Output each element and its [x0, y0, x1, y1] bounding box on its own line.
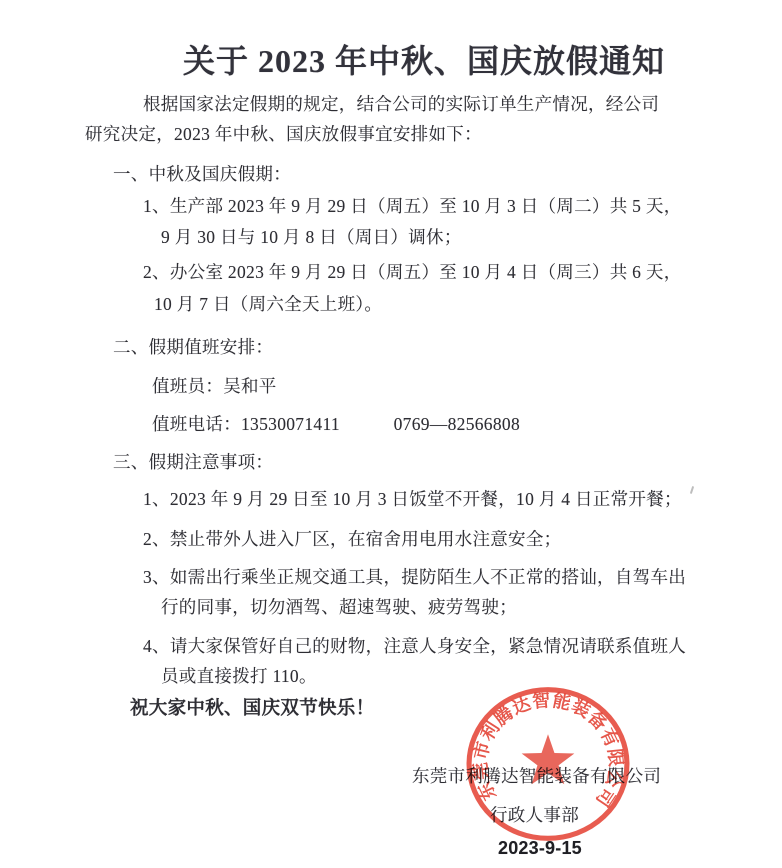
- duty-officer-line: 值班员：吴和平: [152, 376, 277, 397]
- scan-artifact-mark: [690, 486, 694, 494]
- duty-phone-primary: 值班电话：13530071411: [152, 414, 340, 434]
- section-3-item-3-line-2: 行的同事，切勿酒驾、超速驾驶、疲劳驾驶；: [161, 597, 517, 618]
- duty-phone-line: 值班电话：13530071411 0769—82566808: [152, 414, 520, 435]
- intro-line-1: 根据国家法定假期的规定，结合公司的实际订单生产情况，经公司: [143, 94, 659, 115]
- section-1-item-2-line-1: 2、办公室 2023 年 9 月 29 日（周五）至 10 月 4 日（周三）共…: [143, 262, 682, 283]
- section-3-item-4-line-1: 4、请大家保管好自己的财物，注意人身安全，紧急情况请联系值班人: [143, 636, 686, 657]
- section-3-item-1: 1、2023 年 9 月 29 日至 10 月 3 日饭堂不开餐，10 月 4 …: [143, 489, 682, 510]
- section-1-item-1-line-1: 1、生产部 2023 年 9 月 29 日（周五）至 10 月 3 日（周二）共…: [143, 196, 682, 217]
- section-3-item-4-line-2: 员或直接拨打 110。: [161, 666, 317, 687]
- section-1-heading: 一、中秋及国庆假期：: [113, 164, 291, 185]
- section-1-item-1-line-2: 9 月 30 日与 10 月 8 日（周日）调休；: [161, 227, 462, 248]
- notice-document-page: 关于 2023 年中秋、国庆放假通知 根据国家法定假期的规定，结合公司的实际订单…: [0, 0, 782, 868]
- closing-line: 祝大家中秋、国庆双节快乐！: [130, 699, 374, 720]
- section-2-heading: 二、假期值班安排：: [113, 337, 273, 358]
- section-3-heading: 三、假期注意事项：: [113, 452, 273, 473]
- company-stamp-svg: 东莞市利腾达智能装备有限公司: [466, 686, 630, 842]
- company-stamp: 东莞市利腾达智能装备有限公司: [466, 686, 630, 842]
- duty-phone-secondary: 0769—82566808: [394, 414, 520, 434]
- section-3-item-2: 2、禁止带外人进入厂区，在宿舍用电用水注意安全；: [143, 529, 561, 550]
- section-3-item-3-line-1: 3、如需出行乘坐正规交通工具，提防陌生人不正常的搭讪，自驾车出: [143, 567, 686, 588]
- section-1-item-2-line-2: 10 月 7 日（周六全天上班）。: [154, 294, 382, 315]
- intro-line-2: 研究决定，2023 年中秋、国庆放假事宜安排如下：: [85, 124, 482, 145]
- page-title: 关于 2023 年中秋、国庆放假通知: [183, 36, 665, 82]
- stamp-star-icon: [522, 734, 575, 784]
